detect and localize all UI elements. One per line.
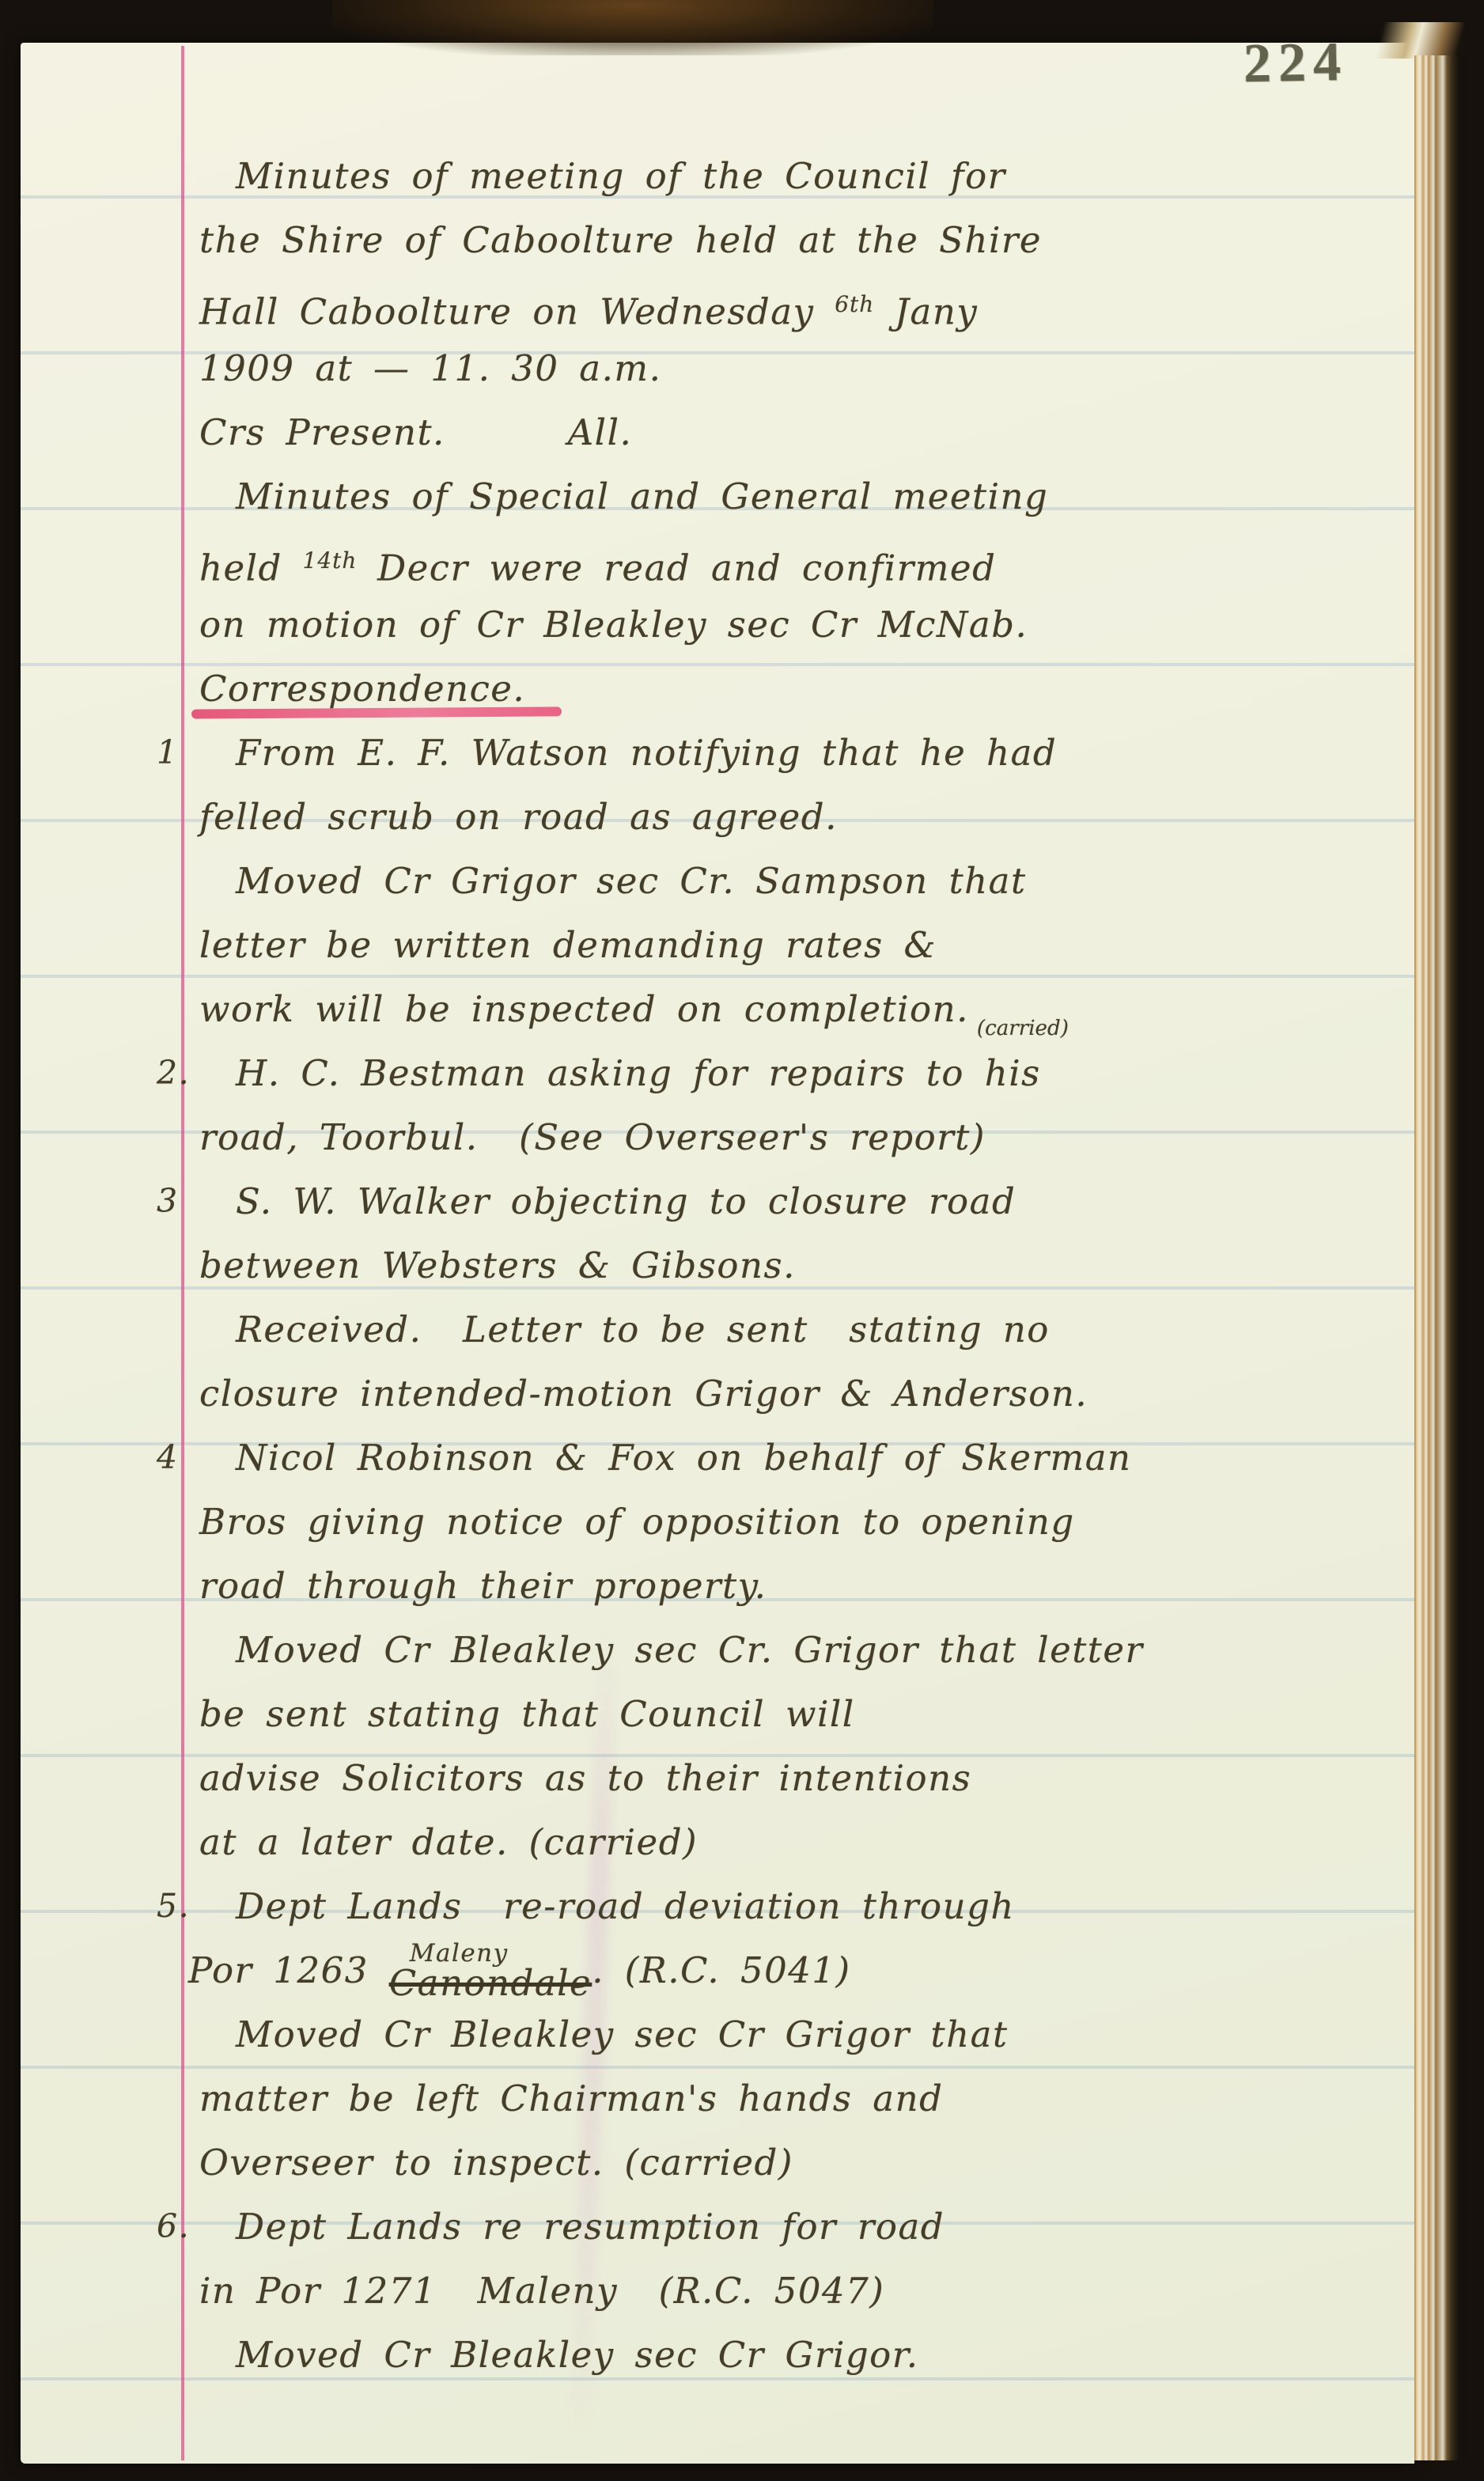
superscript-date: 14th: [303, 547, 358, 574]
manuscript-line: 1From E. F. Watson notifying that he had: [0, 721, 1414, 785]
manuscript-line: work will be inspected on completion.(ca…: [0, 977, 1414, 1041]
line-text: advise Solicitors as to their intentions: [199, 1757, 971, 1799]
line-text: Moved Cr Bleakley sec Cr Grigor that: [236, 2013, 1009, 2055]
manuscript-line: 6.Dept Lands re resumption for road: [0, 2195, 1414, 2259]
manuscript-line: 4Nicol Robinson & Fox on behalf of Skerm…: [0, 1426, 1414, 1490]
manuscript-line: road, Toorbul. (See Overseer's report): [0, 1105, 1414, 1169]
manuscript-line: Crs Present. All.: [0, 400, 1414, 464]
manuscript-line: 2.H. C. Bestman asking for repairs to hi…: [0, 1041, 1414, 1105]
page-number-stamp: 224: [1243, 31, 1348, 96]
line-text: Overseer to inspect. (carried): [199, 2142, 793, 2184]
manuscript-line: 3S. W. Walker objecting to closure road: [0, 1169, 1414, 1233]
item-number: 3: [120, 1169, 179, 1233]
manuscript-line: between Websters & Gibsons.: [0, 1233, 1414, 1297]
line-text: Moved Cr Grigor sec Cr. Sampson that: [236, 860, 1027, 902]
line-text: Dept Lands re resumption for road: [236, 2206, 945, 2248]
section-heading: Correspondence.: [0, 657, 1414, 721]
manuscript-line: in Por 1271 Maleny (R.C. 5047): [0, 2259, 1414, 2323]
line-text: Jany: [874, 290, 978, 332]
line-text: road, Toorbul. (See Overseer's report): [199, 1116, 986, 1158]
manuscript-line: advise Solicitors as to their intentions: [0, 1746, 1414, 1810]
manuscript-line: Bros giving notice of opposition to open…: [0, 1490, 1414, 1554]
line-text: in Por 1271 Maleny (R.C. 5047): [199, 2270, 884, 2312]
corrected-word: MalenyCanondale: [389, 1940, 592, 2002]
line-text: closure intended-motion Grigor & Anderso…: [199, 1373, 1088, 1415]
manuscript-line: Por 1263 MalenyCanondale. (R.C. 5041): [0, 1938, 1414, 2002]
line-text: the Shire of Caboolture held at the Shir…: [199, 219, 1042, 261]
manuscript-line: Overseer to inspect. (carried): [0, 2131, 1414, 2195]
line-text: H. C. Bestman asking for repairs to his: [236, 1052, 1041, 1094]
line-text: . (R.C. 5041): [592, 1949, 850, 1991]
line-text: work will be inspected on completion.: [199, 988, 969, 1030]
line-text: Moved Cr Bleakley sec Cr Grigor.: [236, 2334, 919, 2376]
superscript-date: 6th: [835, 291, 874, 317]
item-number: 6.: [120, 2195, 190, 2259]
manuscript-line: 1909 at — 11. 30 a.m.: [0, 336, 1414, 400]
line-text: between Websters & Gibsons.: [199, 1244, 796, 1286]
line-text: S. W. Walker objecting to closure road: [236, 1180, 1016, 1222]
line-text: Nicol Robinson & Fox on behalf of Skerma…: [236, 1437, 1132, 1479]
line-text: From E. F. Watson notifying that he had: [236, 732, 1057, 774]
manuscript-line: road through their property.: [0, 1554, 1414, 1618]
manuscript-line: felled scrub on road as agreed.: [0, 785, 1414, 849]
manuscript-line: be sent stating that Council will: [0, 1682, 1414, 1746]
manuscript-line: closure intended-motion Grigor & Anderso…: [0, 1362, 1414, 1426]
line-text: Por 1263: [188, 1949, 389, 1991]
line-text: Bros giving notice of opposition to open…: [199, 1501, 1075, 1543]
line-text: Minutes of Special and General meeting: [236, 475, 1048, 517]
line-text: Decr were read and confirmed: [357, 547, 996, 589]
manuscript-line: held 14th Decr were read and confirmed: [0, 528, 1414, 593]
minute-book-photograph: { "page": { "number": "224", "colors": {…: [0, 0, 1484, 2481]
line-text: 1909 at — 11. 30 a.m.: [199, 347, 661, 389]
line-text: road through their property.: [199, 1565, 767, 1607]
item-number: 1: [120, 721, 179, 785]
struck-out-word: Canondale: [389, 1965, 592, 2002]
item-number: 2.: [120, 1041, 190, 1105]
manuscript-line: Moved Cr Bleakley sec Cr Grigor.: [0, 2323, 1414, 2387]
underlying-page-corner: [1345, 22, 1467, 59]
line-text: on motion of Cr Bleakley sec Cr McNab.: [199, 604, 1028, 646]
manuscript-line: Received. Letter to be sent stating no: [0, 1297, 1414, 1362]
item-number: 5.: [120, 1874, 190, 1938]
manuscript-line: Moved Cr Bleakley sec Cr. Grigor that le…: [0, 1618, 1414, 1682]
manuscript-line: letter be written demanding rates &: [0, 913, 1414, 977]
manuscript-line: Moved Cr Bleakley sec Cr Grigor that: [0, 2002, 1414, 2066]
carried-note: (carried): [977, 1017, 1069, 1040]
line-text: Dept Lands re-road deviation through: [236, 1885, 1015, 1927]
line-text: held: [199, 547, 303, 589]
line-text: Hall Caboolture on Wednesday: [199, 290, 835, 332]
line-text: Minutes of meeting of the Council for: [236, 155, 1006, 197]
line-text: Received. Letter to be sent stating no: [236, 1309, 1050, 1350]
correspondence-heading: Correspondence.: [199, 657, 525, 721]
manuscript-line: 5.Dept Lands re-road deviation through: [0, 1874, 1414, 1938]
item-number: 4: [120, 1426, 179, 1490]
manuscript-line: the Shire of Caboolture held at the Shir…: [0, 208, 1414, 272]
book-page-edges: [1414, 55, 1467, 2460]
manuscript-line: Hall Caboolture on Wednesday 6th Jany: [0, 272, 1414, 336]
line-text: letter be written demanding rates &: [199, 924, 937, 966]
manuscript-line: matter be left Chairman's hands and: [0, 2066, 1414, 2131]
line-text: at a later date. (carried): [199, 1821, 698, 1863]
line-text: be sent stating that Council will: [199, 1693, 855, 1735]
line-text: felled scrub on road as agreed.: [199, 796, 838, 838]
line-text: Crs Present. All.: [199, 411, 632, 453]
manuscript-text: Minutes of meeting of the Council for th…: [0, 144, 1414, 2387]
manuscript-line: Minutes of Special and General meeting: [0, 464, 1414, 528]
manuscript-line: at a later date. (carried): [0, 1810, 1414, 1874]
line-text: matter be left Chairman's hands and: [199, 2078, 943, 2119]
manuscript-line: Minutes of meeting of the Council for: [0, 144, 1414, 208]
manuscript-line: Moved Cr Grigor sec Cr. Sampson that: [0, 849, 1414, 913]
line-text: Moved Cr Bleakley sec Cr. Grigor that le…: [236, 1629, 1144, 1671]
manuscript-line: on motion of Cr Bleakley sec Cr McNab.: [0, 593, 1414, 657]
